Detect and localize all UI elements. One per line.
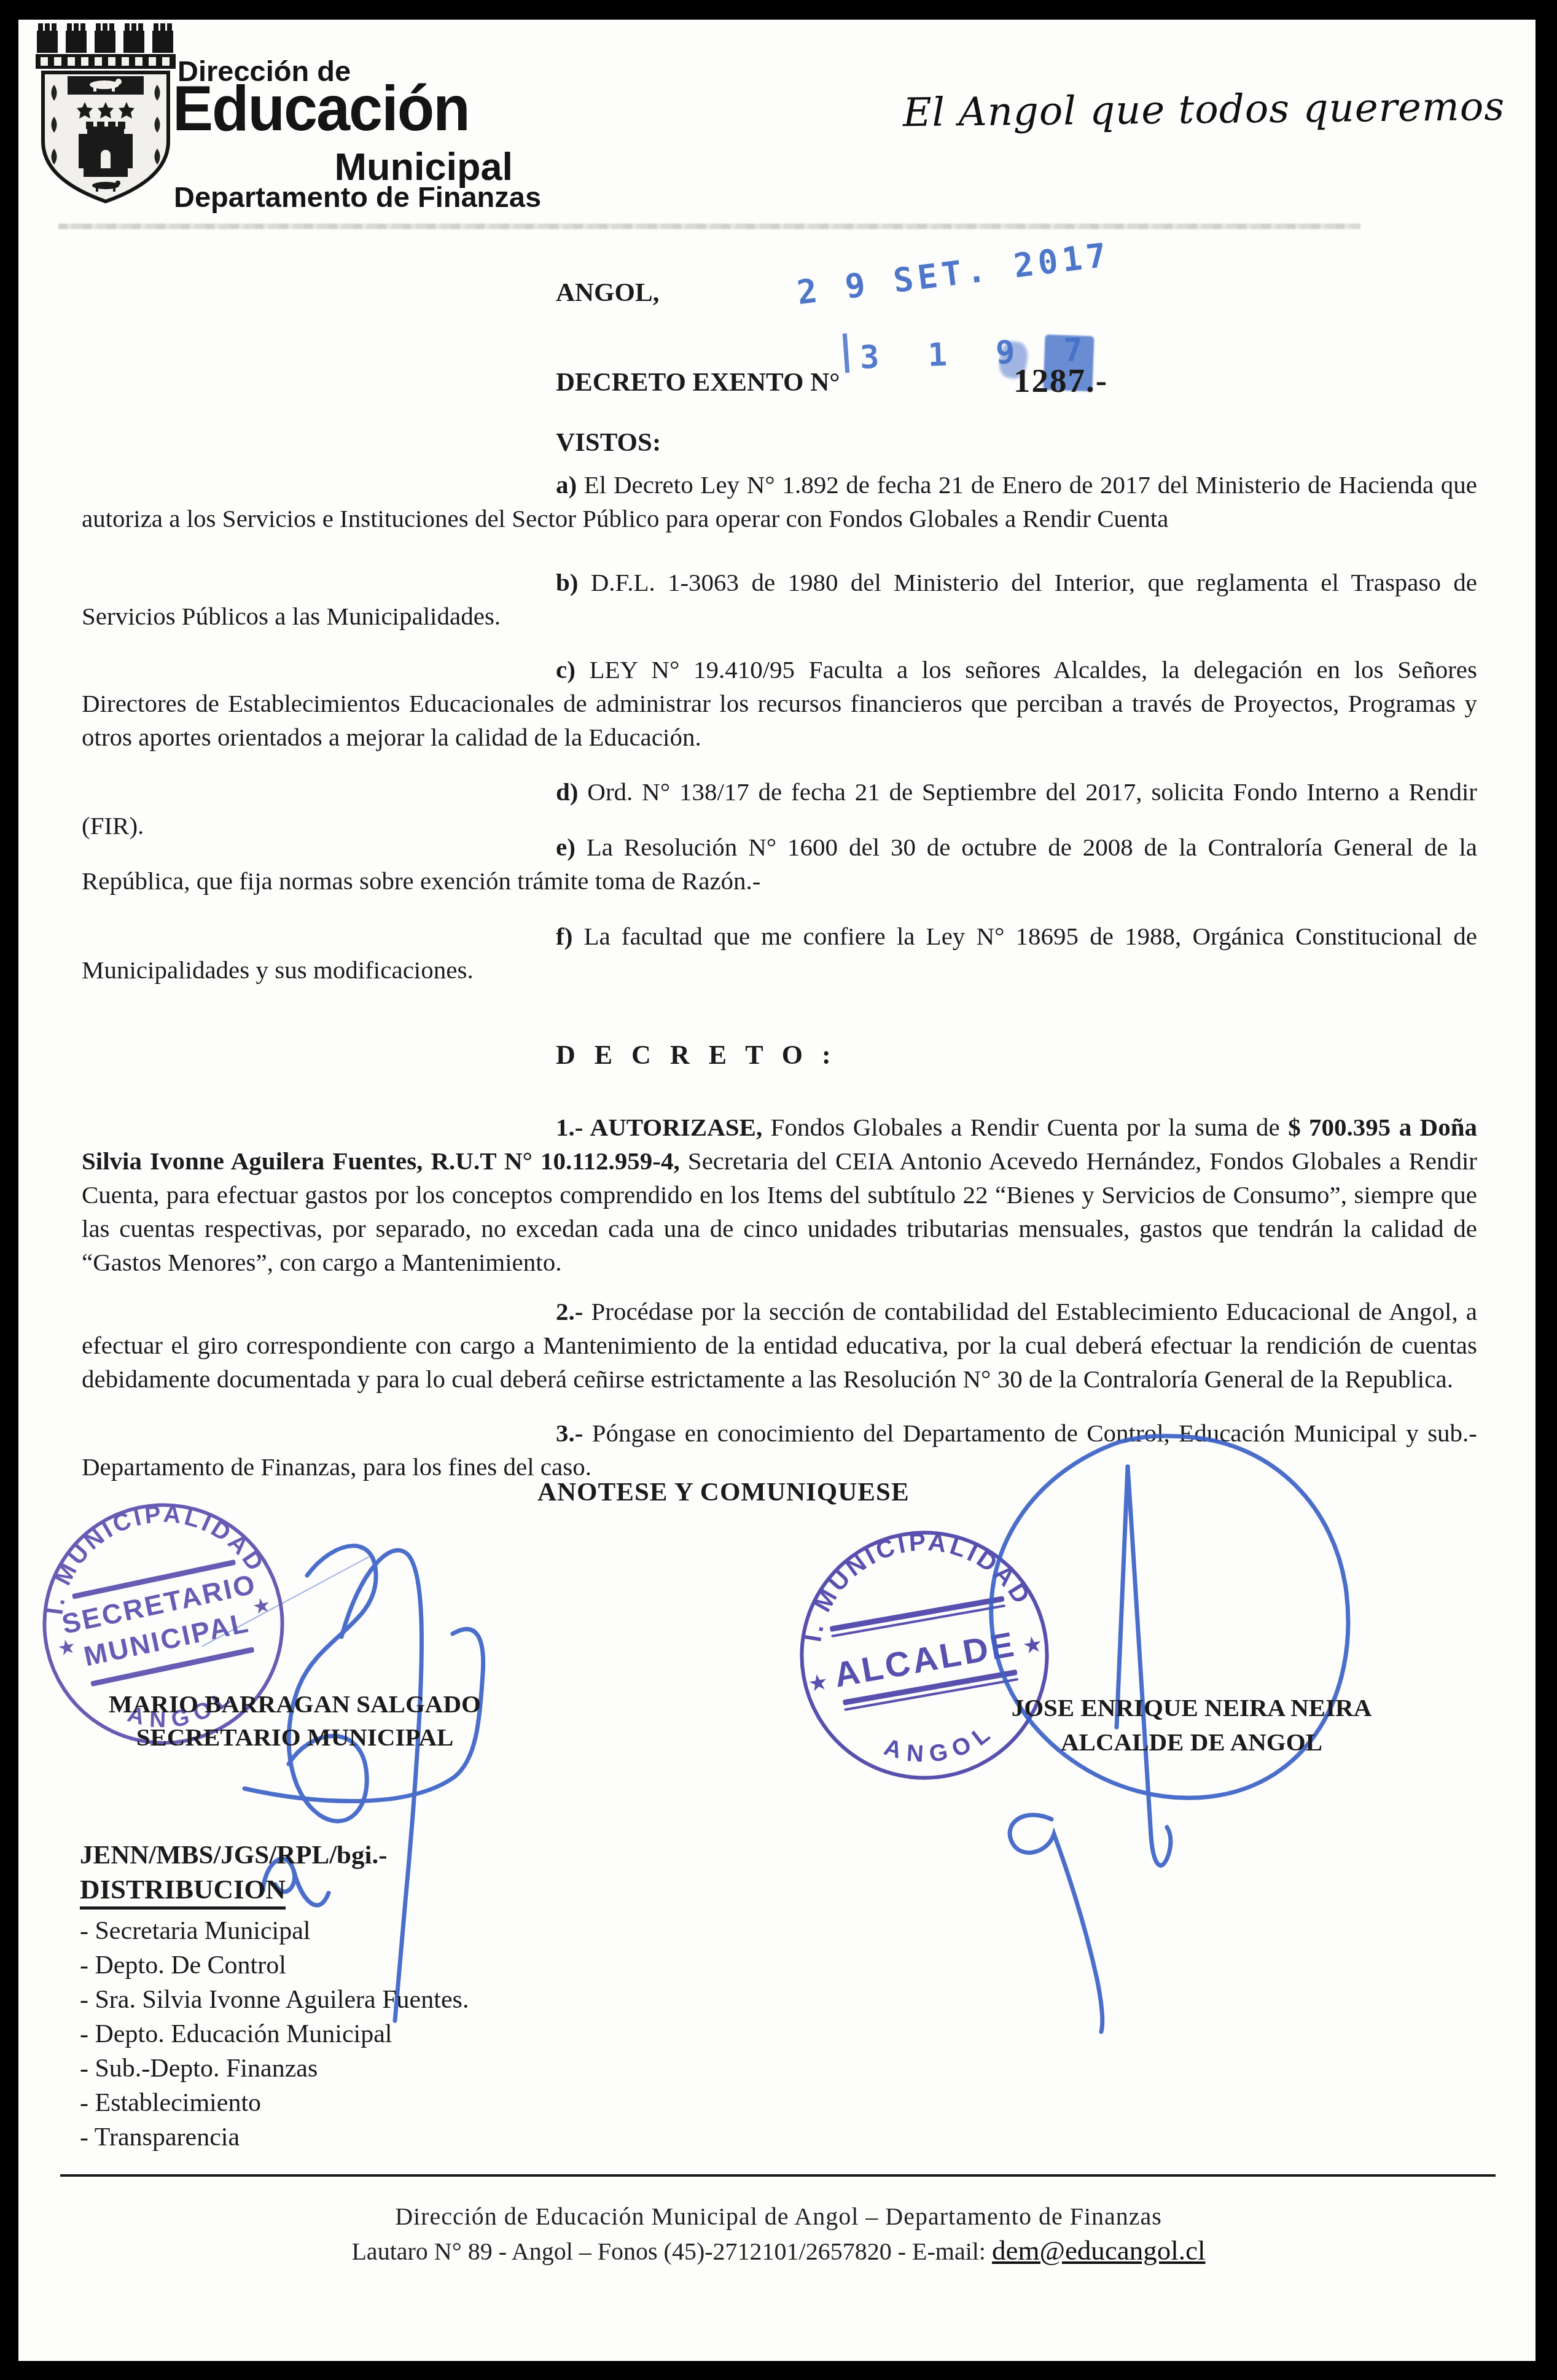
- secretario-name: MARIO BARRAGAN SALGADO: [61, 1689, 528, 1719]
- vistos-paragraph-b: b) D.F.L. 1-3063 de 1980 del Ministerio …: [82, 566, 1477, 633]
- distribution-item: - Sra. Silvia Ivonne Aguilera Fuentes.: [80, 1983, 469, 2017]
- stamp-star-icon: ★: [1021, 1631, 1045, 1659]
- distribution-heading: DISTRIBUCION: [80, 1873, 286, 1910]
- stamp-star-icon: ★: [806, 1669, 830, 1697]
- header-org-line2: Educación: [173, 72, 469, 146]
- stamp-star-icon: ★: [55, 1635, 78, 1661]
- distribution-item: - Establecimiento: [80, 2086, 469, 2120]
- vistos-paragraph-f: f) La facultad que me confiere la Ley N°…: [82, 919, 1477, 987]
- decreto-heading: D E C R E T O :: [556, 1039, 837, 1071]
- footer-separator: [60, 2174, 1496, 2177]
- municipal-crest-icon: [32, 18, 179, 209]
- footer-line1: Dirección de Educación Municipal de Ango…: [0, 2202, 1557, 2231]
- footer-line2: Lautaro N° 89 - Angol – Fonos (45)-27121…: [0, 2234, 1557, 2266]
- vistos-paragraph-a: a) El Decreto Ley N° 1.892 de fecha 21 d…: [82, 468, 1477, 536]
- vistos-paragraph-c: c) LEY N° 19.410/95 Faculta a los señore…: [82, 653, 1477, 754]
- alcalde-title: ALCALDE DE ANGOL: [1007, 1727, 1376, 1757]
- distribution-item: - Secretaria Municipal: [80, 1914, 469, 1948]
- decree-number: 1287.-: [1013, 361, 1108, 400]
- distribution-item: - Depto. De Control: [80, 1948, 469, 1983]
- scan-artifact-line: [58, 224, 1360, 229]
- city-date-line: ANGOL,: [556, 278, 659, 308]
- distribution-list: - Secretaria Municipal - Depto. De Contr…: [80, 1914, 469, 2155]
- header-org-line4: Departamento de Finanzas: [174, 180, 541, 214]
- distribution-item: - Sub.-Depto. Finanzas: [80, 2051, 469, 2086]
- alcalde-name: JOSE ENRIQUE NEIRA NEIRA: [1007, 1693, 1376, 1722]
- distribution-item: - Depto. Educación Municipal: [80, 2017, 469, 2051]
- footer-address: Lautaro N° 89 - Angol – Fonos (45)-27121…: [351, 2238, 992, 2265]
- secretario-title: SECRETARIO MUNICIPAL: [61, 1722, 528, 1752]
- decreto-item-2: 2.- Procédase por la sección de contabil…: [82, 1295, 1477, 1396]
- decreto-item-3: 3.- Póngase en conocimiento del Departam…: [82, 1416, 1477, 1484]
- decreto-item-1: 1.- AUTORIZASE, Fondos Globales a Rendir…: [82, 1110, 1477, 1279]
- decree-label: DECRETO EXENTO N°: [556, 367, 840, 397]
- footer-email: dem@educangol.cl: [992, 2235, 1206, 2266]
- svg-text:ANGOL: ANGOL: [877, 1715, 1004, 1776]
- stamp-arc-text: ANGOL: [877, 1715, 1004, 1776]
- initials-line: JENN/MBS/JGS/RPL/bgi.-: [80, 1840, 388, 1870]
- stamp-star-icon: ★: [250, 1593, 273, 1619]
- vistos-heading: VISTOS:: [556, 427, 661, 458]
- document-page: Dirección de Educación Municipal Departa…: [0, 0, 1557, 2380]
- city-slogan: El Angol que todos queremos: [897, 84, 1512, 136]
- secretario-stamp-icon: I. MUNICIPALIDAD ANGOL SECRETARIO MUNICI…: [25, 1485, 302, 1763]
- distribution-item: - Transparencia: [80, 2120, 469, 2155]
- anotese-line: ANOTESE Y COMUNIQUESE: [537, 1477, 910, 1507]
- vistos-paragraph-e: e) La Resolución N° 1600 del 30 de octub…: [82, 830, 1477, 898]
